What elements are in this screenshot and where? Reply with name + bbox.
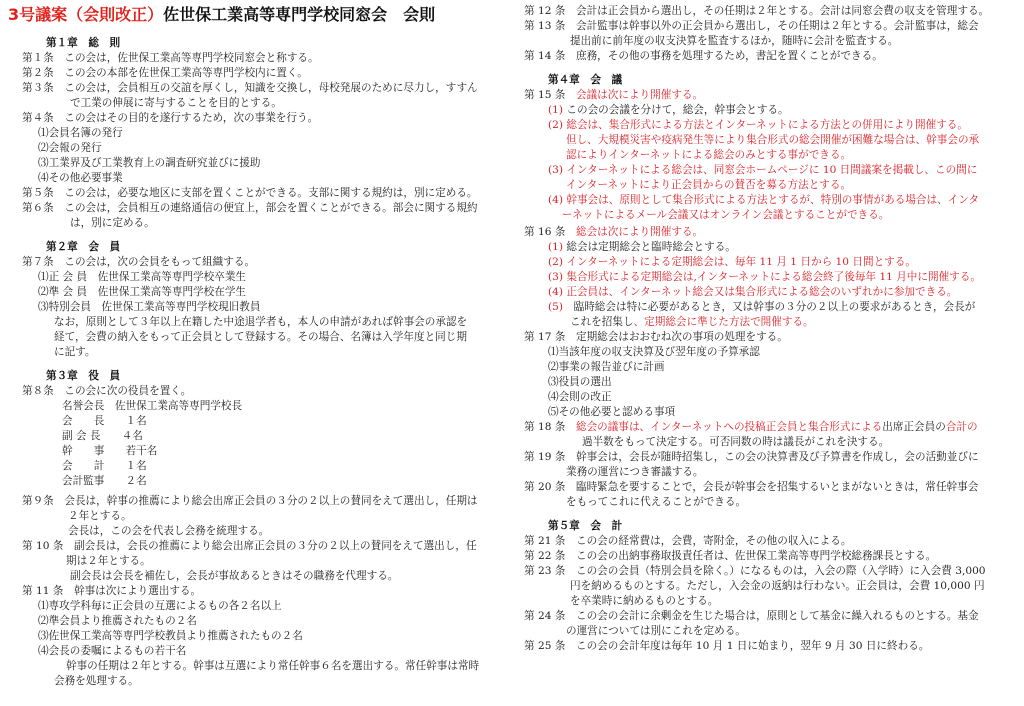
article-line: 過半数をもって決定する。可否同数の時は議長がこれを決する。 — [582, 435, 889, 450]
amended-text: (5) — [548, 301, 563, 313]
article-line: 第 15 条 会議は次により開催する。 — [524, 88, 703, 103]
article-line: ⑶工業界及び工業教育上の調査研究並びに援助 — [38, 156, 260, 171]
proposal-label: 3号議案（会則改正） — [8, 5, 163, 24]
article-line: 第２条 この会の本部を佐世保工業高等専門学校内に置く。 — [22, 66, 308, 81]
article-line: 第 10 条 副会長は，会長の推薦により総会出席正会員の３分の２以上の賛同をえて… — [22, 539, 477, 554]
amended-text: 総会は次により開催する。 — [576, 226, 703, 238]
article-line: ⑶佐世保工業高等専門学校教員より推薦されたもの２名 — [38, 629, 303, 644]
article-line: ⑵準会員より推薦されたもの２名 — [38, 614, 197, 629]
article-line: ⑵事業の報告並びに計画 — [548, 360, 665, 375]
article-line: を卒業時に納めるものとする。 — [570, 594, 718, 609]
document-title: 3号議案（会則改正）佐世保工業高等専門学校同窓会 会則 — [8, 4, 435, 26]
article-line: 第 12 条 会計は正会員から選出し，その任期は２年とする。会計は同窓会費の収支… — [524, 4, 989, 19]
article-line: 名誉会長 佐世保工業高等専門学校長 — [62, 399, 242, 414]
article-line: (1) 総会は定期総会と臨時総会とする。 — [548, 240, 736, 255]
article-line: 第 18 条 総会の議事は、インターネットへの投稿正会員と集合形式による出席正会… — [524, 420, 978, 435]
amended-line: (3) 集合形式による定期総会は,インターネットによる総会終了後毎年 11 月中… — [548, 270, 981, 285]
article-line: これを招集し、定期総会に準じた方法で開催する。 — [570, 315, 814, 330]
chapter-heading: 第３章 役 員 — [46, 369, 120, 384]
article-line: 第９条 会長は，幹事の推薦により総会出席正会員の３分の２以上の賛同をえて選出し，… — [22, 494, 478, 509]
article-line: 幹 事 若干名 — [62, 444, 157, 459]
amended-text: 総会の議事は、インターネットへの投稿正会員と集合形式による — [576, 421, 882, 433]
article-line: 第６条 この会は，会員相互の連絡通信の便宜上，部会を置くことができる。部会に関す… — [22, 201, 478, 216]
article-line: 第８条 この会に次の役員を置く。 — [22, 384, 191, 399]
article-line: 第 14 条 庶務，その他の事務を処理するため，書記を置くことができる。 — [524, 49, 883, 64]
article-text: 総会は定期総会と臨時総会とする。 — [563, 241, 736, 253]
article-line: の運営については別にこれを定める。 — [566, 624, 746, 639]
article-line: 第 25 条 この会の会計年度は毎年 10 月 1 日に始まり，翌年 9 月 3… — [524, 639, 929, 654]
article-line: 会長は，この会を代表し会務を統理する。 — [68, 524, 269, 539]
article-line: 業務の運営につき審議する。 — [566, 465, 704, 480]
article-line: ⑷その他必要事業 — [38, 171, 123, 186]
amended-line: ーネットによるメール会議又はオンライン会議とすることができる。 — [562, 208, 889, 223]
article-text: この会の会議を分けて，総会，幹事会とする。 — [563, 104, 789, 116]
article-line: 第５条 この会は，必要な地区に支部を置くことができる。支部に関する規約は，別に定… — [22, 186, 478, 201]
article-line: 会 計 １名 — [62, 459, 147, 474]
article-line: に記す。 — [54, 345, 96, 360]
article-line: をもってこれに代えることができる。 — [566, 495, 746, 510]
article-line: 経て，会費の納入をもって正会員として登録する。その場合、名簿は入学年度と同じ期 — [54, 330, 467, 345]
article-line: 第 20 条 臨時緊急を要することで，会長が幹事会を招集するいとまがないときは，… — [524, 480, 978, 495]
article-line: 第 17 条 定期総会はおおむね次の事項の処理をする。 — [524, 330, 788, 345]
article-line: 第１条 この会は，佐世保工業高等専門学校同窓会と称する。 — [22, 51, 319, 66]
article-line: 第 23 条 この会の会員（特別会員を除く。）になるものは，入会の際（入学時）に… — [524, 564, 986, 579]
article-text: 第 15 条 — [524, 89, 576, 101]
amended-line: (4) 幹事会は、原則として集合形式による方法とするが、特別の事情がある場合は、… — [548, 193, 979, 208]
article-line: ⑴会員名簿の発行 — [38, 126, 123, 141]
article-line: 第 16 条 総会は次により開催する。 — [524, 225, 703, 240]
article-text: 第 16 条 — [524, 226, 576, 238]
amended-line: (3) インターネットによる総会は、同窓会ホームページに 10 日間議案を掲載し… — [548, 163, 977, 178]
article-line: ⑴正 会 員 佐世保工業高等専門学校卒業生 — [38, 270, 246, 285]
article-line: 会 長 １名 — [62, 414, 147, 429]
article-line: ⑷会則の改正 — [548, 390, 612, 405]
article-line: 期は２年とする。 — [66, 554, 151, 569]
article-text: 出席正会員の — [882, 421, 946, 433]
article-line: 第７条 この会は，次の会員をもって組織する。 — [22, 255, 255, 270]
article-line: は，別に定める。 — [70, 216, 155, 231]
article-line: 会計監事 ２名 — [62, 474, 147, 489]
chapter-heading: 第１章 総 則 — [46, 36, 120, 51]
amended-line: インターネットにより正会員からの賛否を募る方法とする。 — [566, 178, 851, 193]
amended-line: 認によりインターネットによる総会のみとする事ができる。 — [566, 148, 851, 163]
article-line: 第 11 条 幹事は次により選出する。 — [22, 584, 201, 599]
article-line: 第 19 条 幹事会は，会長が随時招集し，この会の決算書及び予算書を作成し，会の… — [524, 450, 979, 465]
article-line: 第 21 条 この会の経常費は，会費，寄附金，その他の収入による。 — [524, 534, 851, 549]
article-line: ⑵会報の発行 — [38, 141, 102, 156]
article-line: 第３条 この会は，会員相互の交誼を厚くし，知識を交換し，母校発展のために尽力し，… — [22, 81, 478, 96]
article-line: なお，原則として３年以上在籍した中途退学者も，本人の申請があれば幹事会の承認を — [54, 315, 467, 330]
article-line: ⑴当該年度の収支決算及び翌年度の予算承認 — [548, 345, 760, 360]
amended-text: (1) — [548, 104, 563, 116]
article-line: ⑶役員の選出 — [548, 375, 612, 390]
article-line: (5) 臨時総会は特に必要があるとき，又は幹事の３分の２以上の要求があるとき，会… — [548, 300, 975, 315]
amended-line: (4) 正会員は、インターネット総会又は集合形式による総会のいずれかに参加できる… — [548, 285, 957, 300]
article-line: 第 13 条 会計監事は幹事以外の正会員から選出し，その任期は２年とする。会計監… — [524, 19, 979, 34]
amended-text: 、定期総会に準じた方法で開催する。 — [634, 316, 814, 328]
chapter-heading: 第５章 会 計 — [548, 519, 622, 534]
article-line: 副 会 長 ４名 — [62, 429, 143, 444]
article-line: ⑴専攻学科毎に正会員の互選によるもの各２名以上 — [38, 599, 282, 614]
amended-text: 会議は次により開催する。 — [576, 89, 703, 101]
article-line: で工業の伸展に寄与することを目的とする。 — [70, 96, 282, 111]
article-line: ⑵準 会 員 佐世保工業高等専門学校在学生 — [38, 285, 246, 300]
article-line: ⑶特別会員 佐世保工業高等専門学校現旧教員 — [38, 300, 260, 315]
amended-line: 但し、大規模災害や疫病発生等により集合形式の総会開催が困難な場合は、幹事会の承 — [566, 133, 979, 148]
article-text: 第 18 条 — [524, 421, 576, 433]
article-line: 第 24 条 この会の会計に余剰金を生じた場合は，原則として基金に繰入れるものと… — [524, 609, 979, 624]
article-line: 副会長は会長を補佐し，会長が事故あるときはその職務を代理する。 — [70, 569, 398, 584]
article-line: 会務を処理する。 — [54, 674, 139, 689]
article-line: ⑸その他必要と認める事項 — [548, 405, 675, 420]
article-text: 臨時総会は特に必要があるとき，又は幹事の３分の２以上の要求があるとき，会長が — [563, 301, 975, 313]
article-line: ⑷会長の委嘱によるもの若干名 — [38, 644, 186, 659]
article-text: これを招集し — [570, 316, 634, 328]
chapter-heading: 第２章 会 員 — [46, 240, 120, 255]
amended-line: (2) 総会は、集合形式による方法とインターネットによる方法との併用により開催す… — [548, 118, 968, 133]
article-line: 第４条 この会はその目的を遂行するため，次の事業を行う。 — [22, 111, 318, 126]
article-line: (1) この会の会議を分けて，総会，幹事会とする。 — [548, 103, 789, 118]
amended-line: (2) インターネットによる定期総会は、毎年 11 月 1 日から 10 日間と… — [548, 255, 916, 270]
article-line: 第 22 条 この会の出納事務取扱責任者は、佐世保工業高等専門学校総務課長とする… — [524, 549, 936, 564]
amended-text: 合計の — [946, 421, 978, 433]
article-line: 円を納めるものとする。ただし，入会金の返納は行わない。正会員は，会費 10,00… — [570, 579, 985, 594]
article-line: 提出前に前年度の収支決算を監査するほか，随時に会計を監査する。 — [570, 34, 898, 49]
amended-text: (1) — [548, 241, 563, 253]
chapter-heading: 第４章 会 議 — [548, 73, 622, 88]
bylaws-title: 佐世保工業高等専門学校同窓会 会則 — [163, 5, 435, 24]
article-line: 幹事の任期は２年とする。幹事は互選により常任幹事６名を選出する。常任幹事は常時 — [66, 659, 479, 674]
article-line: ２年とする。 — [68, 509, 132, 524]
